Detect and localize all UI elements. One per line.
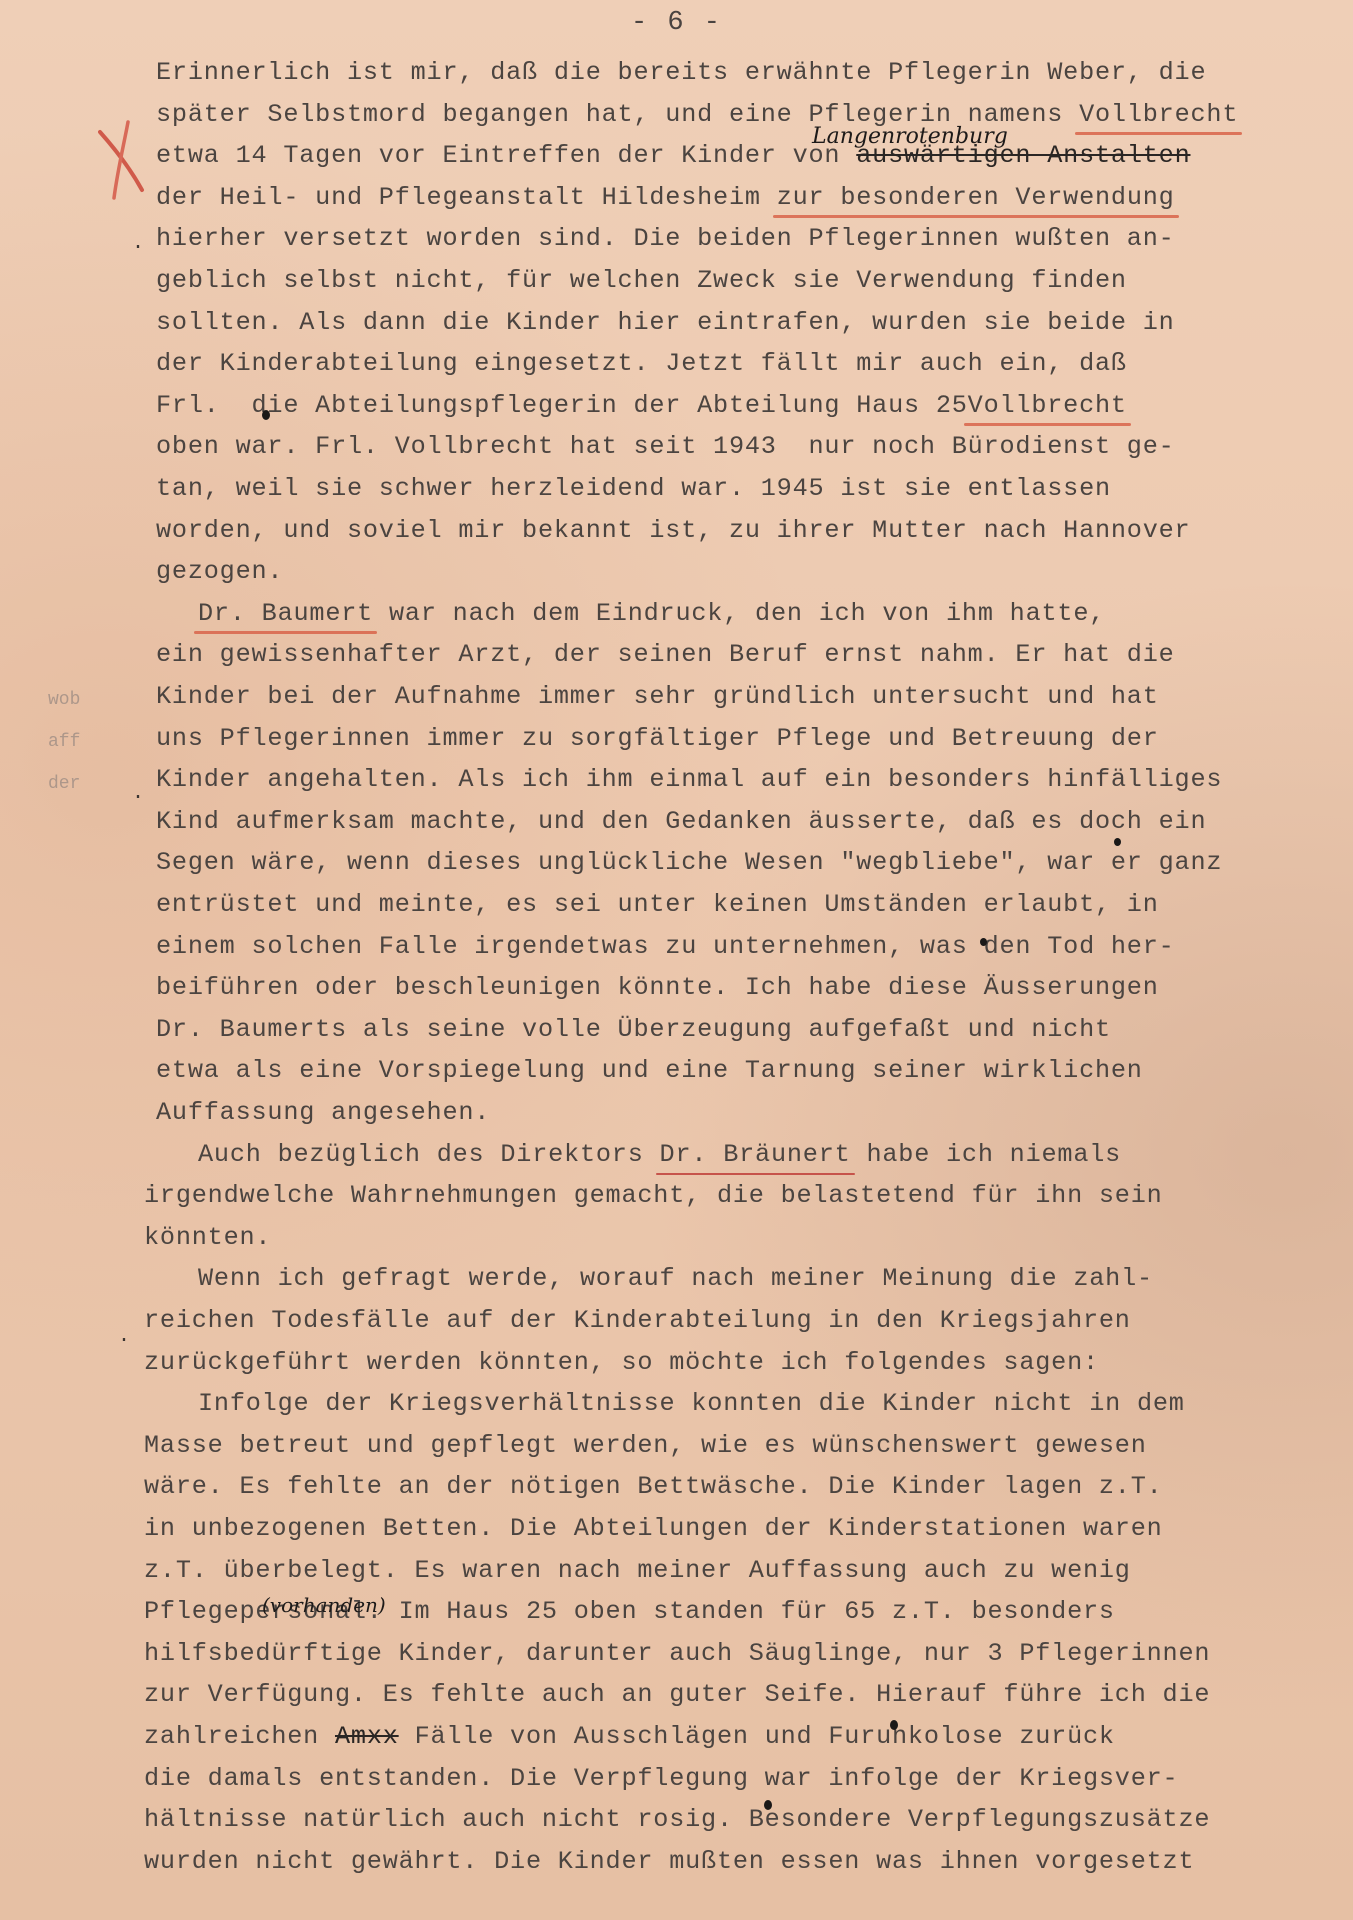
typed-line: hältnisse natürlich auch nicht rosig. Be…: [144, 1805, 1210, 1835]
ink-blot: [1114, 838, 1121, 846]
typed-line: gezogen.: [156, 557, 283, 587]
handwritten-insertion: (vorhanden): [262, 1593, 386, 1617]
typed-line: der Kinderabteilung eingesetzt. Jetzt fä…: [156, 349, 1127, 379]
typed-line: wäre. Es fehlte an der nötigen Bettwäsch…: [144, 1472, 1163, 1502]
margin-note: aff: [48, 732, 80, 752]
typed-line: könnten.: [144, 1223, 271, 1253]
typed-line: Auch bezüglich des Direktors Dr. Bräuner…: [198, 1140, 1121, 1170]
typed-line: die damals entstanden. Die Verpflegung w…: [144, 1764, 1178, 1794]
typed-line: Wenn ich gefragt werde, worauf nach mein…: [198, 1264, 1153, 1294]
typed-line: wurden nicht gewährt. Die Kinder mußten …: [144, 1847, 1194, 1877]
typed-line: irgendwelche Wahrnehmungen gemacht, die …: [144, 1181, 1163, 1211]
typed-line: oben war. Frl. Vollbrecht hat seit 1943 …: [156, 432, 1175, 462]
ink-blot: [980, 938, 987, 946]
typed-line: Kind aufmerksam machte, und den Gedanken…: [156, 807, 1206, 837]
typed-line: einem solchen Falle irgendetwas zu unter…: [156, 932, 1175, 962]
typed-line: Infolge der Kriegsverhältnisse konnten d…: [198, 1389, 1185, 1419]
margin-note: der: [48, 774, 80, 794]
typed-line: Kinder bei der Aufnahme immer sehr gründ…: [156, 682, 1159, 712]
margin-note: wob: [48, 690, 80, 710]
typed-line: z.T. überbelegt. Es waren nach meiner Au…: [144, 1556, 1131, 1586]
typed-line: Masse betreut und gepflegt werden, wie e…: [144, 1431, 1147, 1461]
typed-line: beiführen oder beschleunigen könnte. Ich…: [156, 973, 1159, 1003]
typed-line: etwa als eine Vorspiegelung und eine Tar…: [156, 1056, 1143, 1086]
ink-blot: [890, 1720, 898, 1730]
margin-dot: .: [132, 782, 144, 805]
typed-line: reichen Todesfälle auf der Kinderabteilu…: [144, 1306, 1131, 1336]
typed-line: Segen wäre, wenn dieses unglückliche Wes…: [156, 848, 1222, 878]
typed-line: geblich selbst nicht, für welchen Zweck …: [156, 266, 1127, 296]
typed-line: tan, weil sie schwer herzleidend war. 19…: [156, 474, 1111, 504]
page-number: - 6 -: [0, 8, 1353, 38]
typed-line: Kinder angehalten. Als ich ihm einmal au…: [156, 765, 1222, 795]
typed-line: später Selbstmord begangen hat, und eine…: [156, 100, 1238, 130]
typed-line: in unbezogenen Betten. Die Abteilungen d…: [144, 1514, 1163, 1544]
margin-dot: .: [118, 1325, 130, 1348]
typed-line: zur Verfügung. Es fehlte auch an guter S…: [144, 1680, 1210, 1710]
typed-line: zahlreichen Amxx Fälle von Ausschlägen u…: [144, 1722, 1115, 1752]
typed-line: der Heil- und Pflegeanstalt Hildesheim z…: [156, 183, 1175, 213]
typed-line: zurückgeführt werden könnten, so möchte …: [144, 1348, 1099, 1378]
typed-line: entrüstet und meinte, es sei unter keine…: [156, 890, 1159, 920]
document-page: - 6 - wob aff der Erinnerlich ist mir, d…: [0, 0, 1353, 1920]
typed-line: Dr. Baumerts als seine volle Überzeugung…: [156, 1015, 1111, 1045]
typed-line: hilfsbedürftige Kinder, darunter auch Sä…: [144, 1639, 1210, 1669]
typed-line: ein gewissenhafter Arzt, der seinen Beru…: [156, 640, 1175, 670]
ink-blot: [764, 1800, 772, 1810]
typed-line: uns Pflegerinnen immer zu sorgfältiger P…: [156, 724, 1159, 754]
typed-line: sollten. Als dann die Kinder hier eintra…: [156, 308, 1175, 338]
typed-line: etwa 14 Tagen vor Eintreffen der Kinder …: [156, 141, 1190, 171]
typed-line: worden, und soviel mir bekannt ist, zu i…: [156, 516, 1190, 546]
typed-line: Dr. Baumert war nach dem Eindruck, den i…: [198, 599, 1105, 629]
typed-line: Auffassung angesehen.: [156, 1098, 490, 1128]
red-x-mark-icon: [98, 120, 148, 200]
typed-line: Frl. die Abteilungspflegerin der Abteilu…: [156, 391, 1127, 421]
handwritten-insertion: Langenrotenburg: [812, 124, 1008, 149]
margin-dot: .: [132, 232, 144, 255]
ink-blot: [262, 410, 270, 420]
typed-line: hierher versetzt worden sind. Die beiden…: [156, 224, 1175, 254]
typed-line: Erinnerlich ist mir, daß die bereits erw…: [156, 58, 1206, 88]
